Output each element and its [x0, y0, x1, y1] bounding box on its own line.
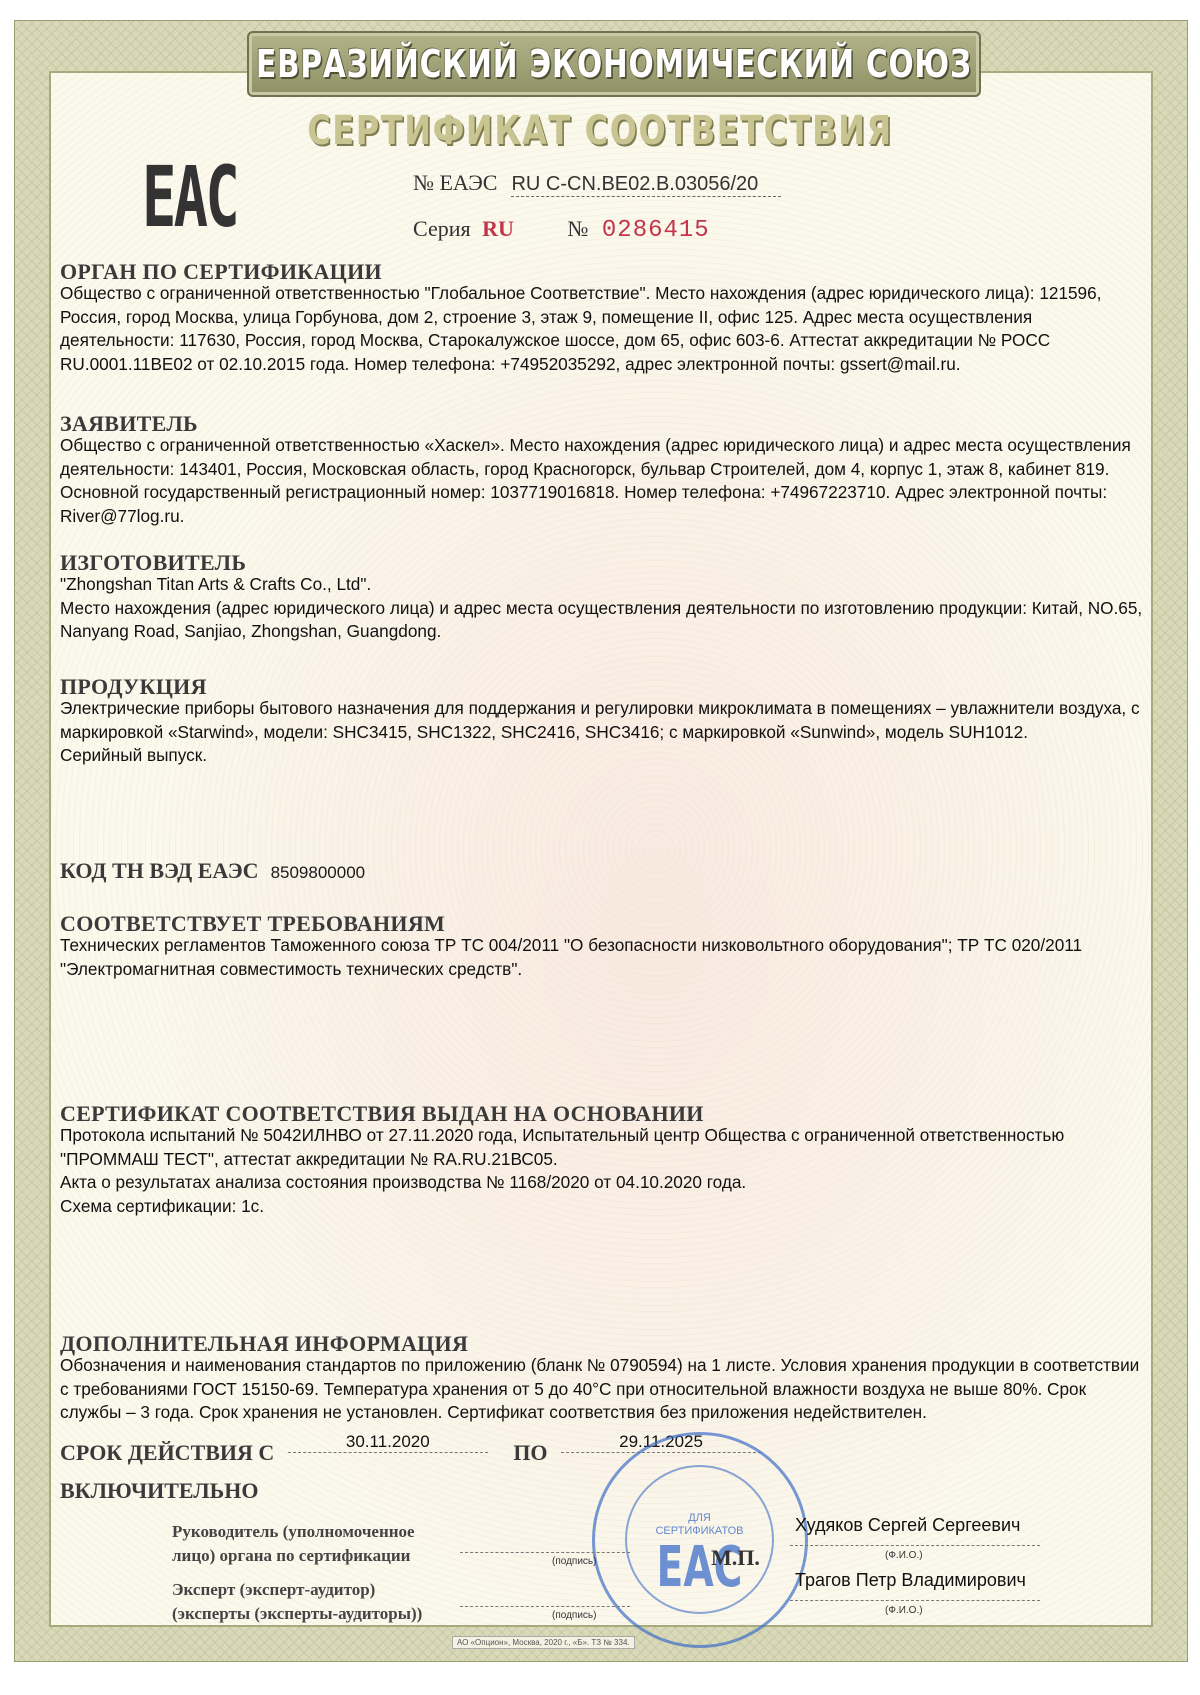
certificate-title: СЕРТИФИКАТ СООТВЕТСТВИЯ — [307, 108, 893, 154]
basis-line-3: Схема сертификации: 1с. — [60, 1195, 1145, 1219]
expert-sign-caption: (подпись) — [552, 1610, 596, 1621]
section-product: ПРОДУКЦИЯ Электрические приборы бытового… — [60, 677, 1145, 768]
additional-heading: ДОПОЛНИТЕЛЬНАЯ ИНФОРМАЦИЯ — [60, 1334, 1145, 1354]
head-label-line-2: лицо) органа по сертификации — [172, 1544, 415, 1568]
applicant-text: Общество с ограниченной ответственностью… — [60, 434, 1145, 528]
expert-label-line-2: (эксперты (эксперты-аудиторы)) — [172, 1602, 422, 1626]
head-sign-caption: (подпись) — [552, 1556, 596, 1567]
head-signature-line — [460, 1552, 630, 1553]
certification-body-text: Общество с ограниченной ответственностью… — [60, 282, 1145, 376]
basis-line-2: Акта о результатах анализа состояния про… — [60, 1171, 1145, 1195]
head-label-line-1: Руководитель (уполномоченное — [172, 1520, 415, 1544]
section-certification-body: ОРГАН ПО СЕРТИФИКАЦИИ Общество с огранич… — [60, 262, 1145, 376]
expert-name: Трагов Петр Владимирович — [795, 1570, 1026, 1591]
section-applicant: ЗАЯВИТЕЛЬ Общество с ограниченной ответс… — [60, 414, 1145, 528]
section-requirements: СООТВЕТСТВУЕТ ТРЕБОВАНИЯМ Технических ре… — [60, 914, 1145, 981]
product-release: Серийный выпуск. — [60, 744, 1145, 768]
hs-code-value: 8509800000 — [271, 863, 366, 882]
head-name: Худяков Сергей Сергеевич — [795, 1515, 1020, 1536]
basis-heading: СЕРТИФИКАТ СООТВЕТСТВИЯ ВЫДАН НА ОСНОВАН… — [60, 1104, 1145, 1124]
seal-inner-ring: ДЛЯ СЕРТИФИКАТОВ ЕАС — [625, 1465, 774, 1614]
seal-stamp-icon: ДЛЯ СЕРТИФИКАТОВ ЕАС — [592, 1432, 808, 1648]
expert-label-line-1: Эксперт (эксперт-аудитор) — [172, 1578, 422, 1602]
validity-from-label: СРОК ДЕЙСТВИЯ С — [60, 1440, 274, 1465]
section-manufacturer: ИЗГОТОВИТЕЛЬ "Zhongshan Titan Arts & Cra… — [60, 553, 1145, 644]
manufacturer-name: "Zhongshan Titan Arts & Crafts Co., Ltd"… — [60, 573, 1145, 597]
expert-signature-line — [460, 1606, 630, 1607]
basis-line-1: Протокола испытаний № 5042ИЛНВО от 27.11… — [60, 1124, 1145, 1171]
expert-name-line — [790, 1600, 1040, 1601]
expert-fio-caption: (Ф.И.О.) — [885, 1605, 923, 1616]
section-additional: ДОПОЛНИТЕЛЬНАЯ ИНФОРМАЦИЯ Обозначения и … — [60, 1334, 1145, 1425]
series-value: RU — [482, 216, 514, 241]
requirements-heading: СООТВЕТСТВУЕТ ТРЕБОВАНИЯМ — [60, 914, 1145, 934]
serial-line: Серия RU № 0286415 — [413, 216, 710, 244]
validity-to-label: ПО — [513, 1440, 547, 1465]
eac-logo-icon: ЕАС — [142, 148, 237, 246]
additional-text: Обозначения и наименования стандартов по… — [60, 1354, 1145, 1425]
seal-place-label: М.П. — [711, 1545, 760, 1571]
reg-value: RU С-CN.BE02.B.03056/20 — [511, 173, 781, 197]
certification-body-heading: ОРГАН ПО СЕРТИФИКАЦИИ — [60, 262, 1145, 282]
head-fio-caption: (Ф.И.О.) — [885, 1550, 923, 1561]
manufacturer-heading: ИЗГОТОВИТЕЛЬ — [60, 553, 1145, 573]
hs-code-heading: КОД ТН ВЭД ЕАЭС — [60, 858, 259, 883]
union-banner: ЕВРАЗИЙСКИЙ ЭКОНОМИЧЕСКИЙ СОЮЗ — [247, 31, 981, 97]
head-name-line — [790, 1545, 1040, 1546]
number-label: № — [567, 216, 588, 241]
section-hs-code: КОД ТН ВЭД ЕАЭС8509800000 — [60, 858, 1145, 884]
union-title: ЕВРАЗИЙСКИЙ ЭКОНОМИЧЕСКИЙ СОЮЗ — [256, 42, 972, 86]
printer-imprint: АО «Опцион», Москва, 2020 г., «Б». ТЗ № … — [452, 1636, 635, 1649]
applicant-heading: ЗАЯВИТЕЛЬ — [60, 414, 1145, 434]
validity-from: 30.11.2020 — [288, 1432, 488, 1453]
head-signatory-label: Руководитель (уполномоченное лицо) орган… — [172, 1520, 415, 1568]
series-label: Серия — [413, 216, 471, 241]
manufacturer-text: Место нахождения (адрес юридического лиц… — [60, 597, 1145, 644]
product-text: Электрические приборы бытового назначени… — [60, 697, 1145, 744]
reg-label: № ЕАЭС — [413, 170, 497, 195]
expert-signatory-label: Эксперт (эксперт-аудитор) (эксперты (экс… — [172, 1578, 422, 1626]
number-value: 0286415 — [602, 217, 710, 244]
section-basis: СЕРТИФИКАТ СООТВЕТСТВИЯ ВЫДАН НА ОСНОВАН… — [60, 1104, 1145, 1218]
stamp-line-1: ДЛЯ — [627, 1512, 772, 1524]
product-heading: ПРОДУКЦИЯ — [60, 677, 1145, 697]
requirements-text: Технических регламентов Таможенного союз… — [60, 934, 1145, 981]
registration-number: № ЕАЭСRU С-CN.BE02.B.03056/20 — [413, 170, 781, 197]
